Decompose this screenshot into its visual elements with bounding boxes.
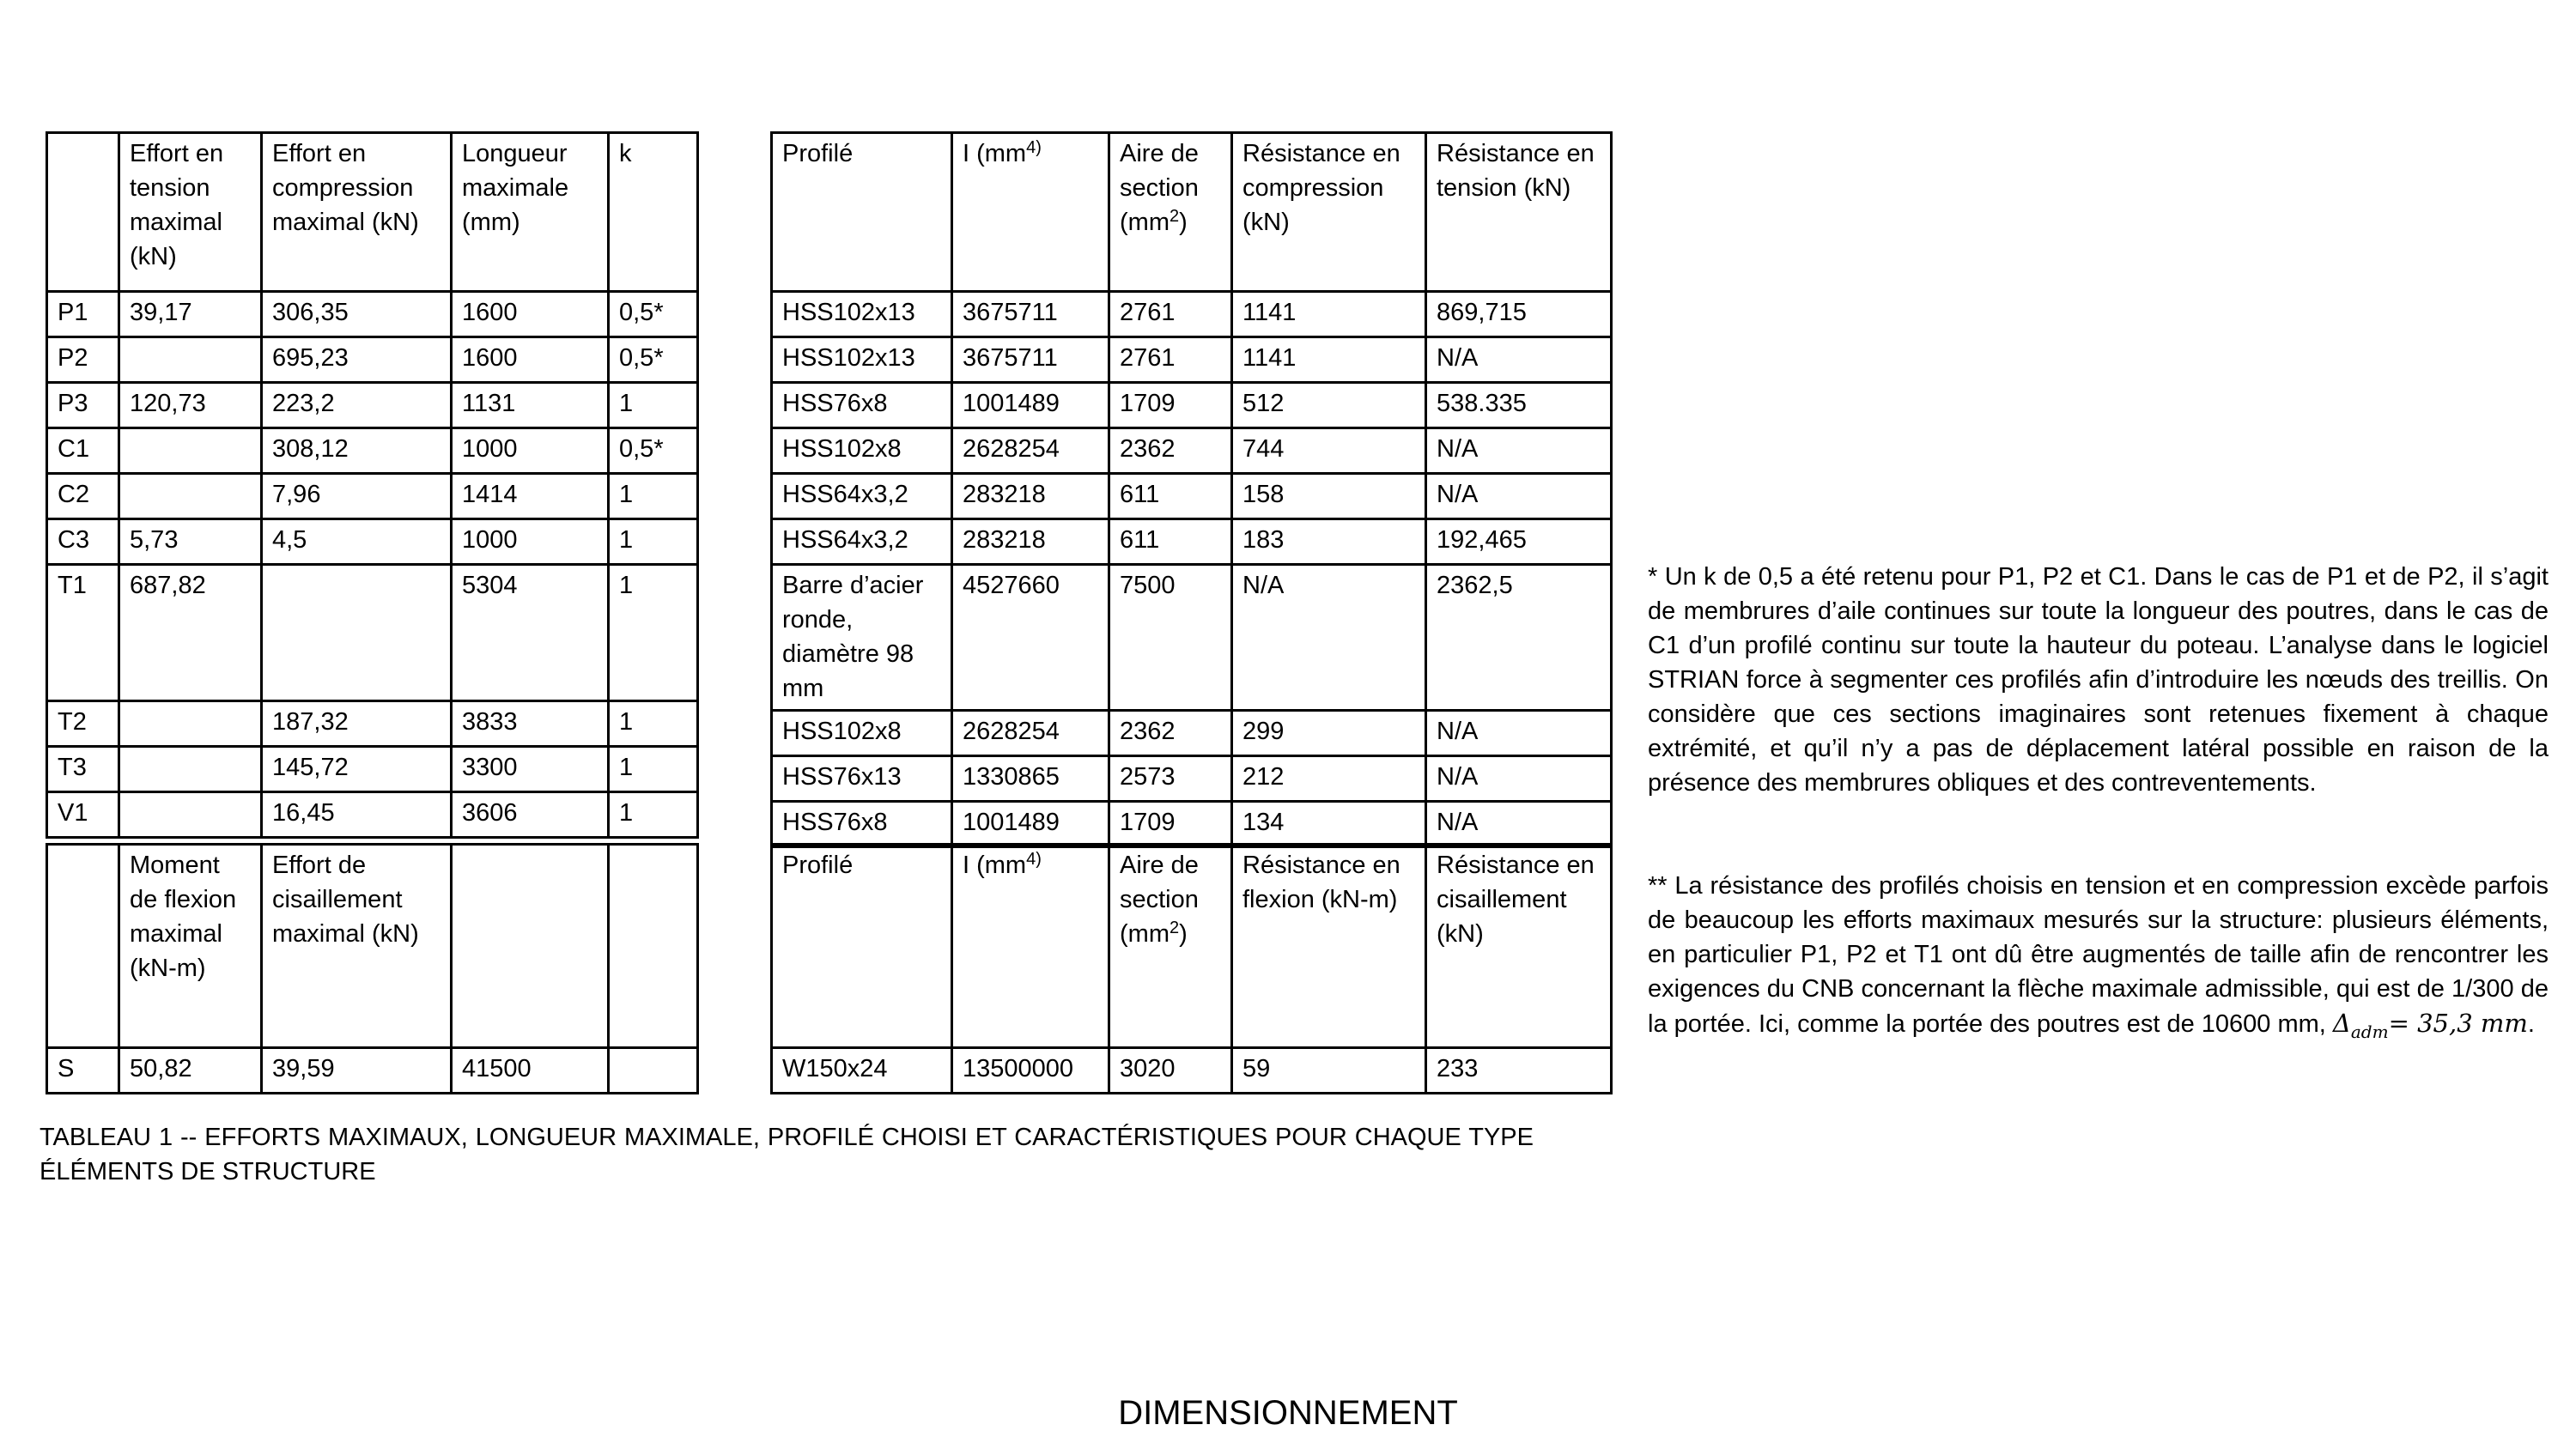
table-cell: N/A — [1426, 474, 1612, 519]
table-cell: 687,82 — [119, 565, 262, 701]
table-row: HSS102x826282542362744N/A — [772, 428, 1612, 474]
table-cell: 16,45 — [262, 792, 452, 838]
table-cell: 4527660 — [952, 565, 1109, 711]
element-id-cell: V1 — [47, 792, 119, 838]
table-cell: 1 — [609, 565, 698, 701]
element-id-cell: P2 — [47, 337, 119, 383]
table-row: C27,9614141 — [47, 474, 698, 519]
table-cell: N/A — [1426, 711, 1612, 756]
table-cell: 120,73 — [119, 383, 262, 428]
table-cell: 7500 — [1109, 565, 1232, 711]
table-cell: 1000 — [452, 519, 609, 565]
table-row: V116,4536061 — [47, 792, 698, 838]
table-cell — [119, 428, 262, 474]
table-row: P3120,73223,211311 — [47, 383, 698, 428]
table-row: HSS76x810014891709512538.335 — [772, 383, 1612, 428]
column-header: Résistance en tension (kN) — [1426, 133, 1612, 292]
element-id-cell: P3 — [47, 383, 119, 428]
table-cell: HSS64x3,2 — [772, 474, 952, 519]
table-cell: 223,2 — [262, 383, 452, 428]
element-id-cell: C3 — [47, 519, 119, 565]
table-cell: 59 — [1232, 1048, 1426, 1094]
table-row: HSS76x1313308652573212N/A — [772, 756, 1612, 802]
table-row: C35,734,510001 — [47, 519, 698, 565]
table-cell: 2761 — [1109, 292, 1232, 337]
table-cell: HSS64x3,2 — [772, 519, 952, 565]
table-cell: 13500000 — [952, 1048, 1109, 1094]
table-cell: 183 — [1232, 519, 1426, 565]
footnote-resistance: ** La résistance des profilés choisis en… — [1648, 869, 2549, 1049]
element-id-cell: T1 — [47, 565, 119, 701]
table-cell: 5304 — [452, 565, 609, 701]
table-cell: N/A — [1426, 337, 1612, 383]
table-cell — [119, 747, 262, 792]
table-cell: 1709 — [1109, 802, 1232, 847]
table-cell: 611 — [1109, 519, 1232, 565]
table-cell: 1 — [609, 383, 698, 428]
table-row: T1687,8253041 — [47, 565, 698, 701]
column-header: Résistance en compression (kN) — [1232, 133, 1426, 292]
table-cell: N/A — [1426, 756, 1612, 802]
table-cell: HSS76x8 — [772, 802, 952, 847]
column-header — [47, 845, 119, 1048]
table-cell: 1001489 — [952, 802, 1109, 847]
table-cell: HSS102x13 — [772, 337, 952, 383]
table-cell: 41500 — [452, 1048, 609, 1094]
table-cell: HSS76x8 — [772, 383, 952, 428]
table-cell: 39,59 — [262, 1048, 452, 1094]
table-cell: Barre d’acier ronde, diamètre 98 mm — [772, 565, 952, 711]
header-row: Moment de flexion maximal (kN-m)Effort d… — [47, 845, 698, 1048]
column-header — [452, 845, 609, 1048]
table-cell: 3606 — [452, 792, 609, 838]
table-cell: 308,12 — [262, 428, 452, 474]
table-cell: 2362,5 — [1426, 565, 1612, 711]
table-cell: 1600 — [452, 337, 609, 383]
table-cell: 695,23 — [262, 337, 452, 383]
table-cell: 1141 — [1232, 337, 1426, 383]
delta-adm-formula: Δadm= 35,3 mm — [2333, 1009, 2528, 1038]
table-cell: 145,72 — [262, 747, 452, 792]
table-cell: 50,82 — [119, 1048, 262, 1094]
element-id-cell: S — [47, 1048, 119, 1094]
table-cell — [119, 337, 262, 383]
table-cell: 3020 — [1109, 1048, 1232, 1094]
table-cell: 283218 — [952, 519, 1109, 565]
table-cell: HSS102x8 — [772, 711, 952, 756]
table-cell: 39,17 — [119, 292, 262, 337]
table-row: T3145,7233001 — [47, 747, 698, 792]
table-cell — [119, 474, 262, 519]
table-cell: 134 — [1232, 802, 1426, 847]
table-cell: 1000 — [452, 428, 609, 474]
table-cell: 306,35 — [262, 292, 452, 337]
flexion-table: Moment de flexion maximal (kN-m)Effort d… — [46, 843, 699, 1094]
table-cell: 869,715 — [1426, 292, 1612, 337]
table-cell: 3675711 — [952, 337, 1109, 383]
table-cell: 283218 — [952, 474, 1109, 519]
column-header: Aire de section (mm2) — [1109, 133, 1232, 292]
column-header — [47, 133, 119, 292]
table-cell: 212 — [1232, 756, 1426, 802]
column-header: Longueur maximale (mm) — [452, 133, 609, 292]
table-cell: W150x24 — [772, 1048, 952, 1094]
table-row: S50,8239,5941500 — [47, 1048, 698, 1094]
table-cell: N/A — [1232, 565, 1426, 711]
table-cell: 1 — [609, 474, 698, 519]
table-cell: 538.335 — [1426, 383, 1612, 428]
table-cell: 233 — [1426, 1048, 1612, 1094]
profils-table: ProfiléI (mm4)Aire de section (mm2)Résis… — [770, 131, 1613, 848]
table-cell: N/A — [1426, 428, 1612, 474]
table-cell: 2362 — [1109, 428, 1232, 474]
table-cell — [119, 701, 262, 747]
element-id-cell: P1 — [47, 292, 119, 337]
table-row: Barre d’acier ronde, diamètre 98 mm45276… — [772, 565, 1612, 711]
table-cell: 1001489 — [952, 383, 1109, 428]
table-cell: 0,5* — [609, 337, 698, 383]
table-row: HSS102x13367571127611141N/A — [772, 337, 1612, 383]
column-header: Aire de section (mm2) — [1109, 845, 1232, 1048]
table-cell: 4,5 — [262, 519, 452, 565]
element-id-cell: C2 — [47, 474, 119, 519]
element-id-cell: T2 — [47, 701, 119, 747]
table-row: HSS76x810014891709134N/A — [772, 802, 1612, 847]
column-header: Profilé — [772, 845, 952, 1048]
column-header: I (mm4) — [952, 133, 1109, 292]
table-row: W150x2413500000302059233 — [772, 1048, 1612, 1094]
table-cell: 5,73 — [119, 519, 262, 565]
table-cell: 3300 — [452, 747, 609, 792]
table-cell: HSS102x8 — [772, 428, 952, 474]
table-row: C1308,1210000,5* — [47, 428, 698, 474]
table-cell — [609, 1048, 698, 1094]
table-cell: 1414 — [452, 474, 609, 519]
table-cell: 1 — [609, 747, 698, 792]
table-cell: 2362 — [1109, 711, 1232, 756]
column-header: Effort en compression maximal (kN) — [262, 133, 452, 292]
column-header: Résistance en flexion (kN-m) — [1232, 845, 1426, 1048]
table-row: HSS102x826282542362299N/A — [772, 711, 1612, 756]
table-cell: 2573 — [1109, 756, 1232, 802]
column-header: I (mm4) — [952, 845, 1109, 1048]
header-row: ProfiléI (mm4)Aire de section (mm2)Résis… — [772, 845, 1612, 1048]
table-row: P139,17306,3516000,5* — [47, 292, 698, 337]
table-row: HSS64x3,2283218611158N/A — [772, 474, 1612, 519]
table-cell: N/A — [1426, 802, 1612, 847]
table-cell — [262, 565, 452, 701]
table-cell: 2628254 — [952, 711, 1109, 756]
section-title: DIMENSIONNEMENT — [0, 1392, 2576, 1434]
footnote-k-factor: * Un k de 0,5 a été retenu pour P1, P2 e… — [1648, 560, 2549, 800]
column-header — [609, 845, 698, 1048]
table-cell: 512 — [1232, 383, 1426, 428]
table-row: HSS64x3,2283218611183192,465 — [772, 519, 1612, 565]
column-header: Résistance en cisaillement (kN) — [1426, 845, 1612, 1048]
table-cell: 1141 — [1232, 292, 1426, 337]
table-cell: 3675711 — [952, 292, 1109, 337]
table-cell: 1 — [609, 701, 698, 747]
flexion-profil-table: ProfiléI (mm4)Aire de section (mm2)Résis… — [770, 843, 1613, 1094]
table-cell: 3833 — [452, 701, 609, 747]
element-id-cell: T3 — [47, 747, 119, 792]
column-header: Effort de cisaillement maximal (kN) — [262, 845, 452, 1048]
table-cell: 2628254 — [952, 428, 1109, 474]
table-cell: 1709 — [1109, 383, 1232, 428]
table-cell: 187,32 — [262, 701, 452, 747]
column-header: Profilé — [772, 133, 952, 292]
header-row: Effort en tension maximal (kN)Effort en … — [47, 133, 698, 292]
table-row: T2187,3238331 — [47, 701, 698, 747]
table-caption: TABLEAU 1 -- EFFORTS MAXIMAUX, LONGUEUR … — [39, 1120, 1534, 1189]
column-header: k — [609, 133, 698, 292]
table-cell: 0,5* — [609, 292, 698, 337]
table-cell: 2761 — [1109, 337, 1232, 383]
table-cell: 299 — [1232, 711, 1426, 756]
table-row: HSS102x13367571127611141869,715 — [772, 292, 1612, 337]
efforts-table: Effort en tension maximal (kN)Effort en … — [46, 131, 699, 839]
table-cell: 1131 — [452, 383, 609, 428]
table-cell: 1 — [609, 519, 698, 565]
table-cell: 0,5* — [609, 428, 698, 474]
table-cell: HSS76x13 — [772, 756, 952, 802]
element-id-cell: C1 — [47, 428, 119, 474]
column-header: Moment de flexion maximal (kN-m) — [119, 845, 262, 1048]
table-row: P2695,2316000,5* — [47, 337, 698, 383]
table-cell: 744 — [1232, 428, 1426, 474]
table-cell: 1 — [609, 792, 698, 838]
table-cell: 158 — [1232, 474, 1426, 519]
table-cell: 192,465 — [1426, 519, 1612, 565]
table-cell: 1330865 — [952, 756, 1109, 802]
table-cell — [119, 792, 262, 838]
header-row: ProfiléI (mm4)Aire de section (mm2)Résis… — [772, 133, 1612, 292]
table-cell: 7,96 — [262, 474, 452, 519]
column-header: Effort en tension maximal (kN) — [119, 133, 262, 292]
table-cell: 611 — [1109, 474, 1232, 519]
table-cell: 1600 — [452, 292, 609, 337]
table-cell: HSS102x13 — [772, 292, 952, 337]
